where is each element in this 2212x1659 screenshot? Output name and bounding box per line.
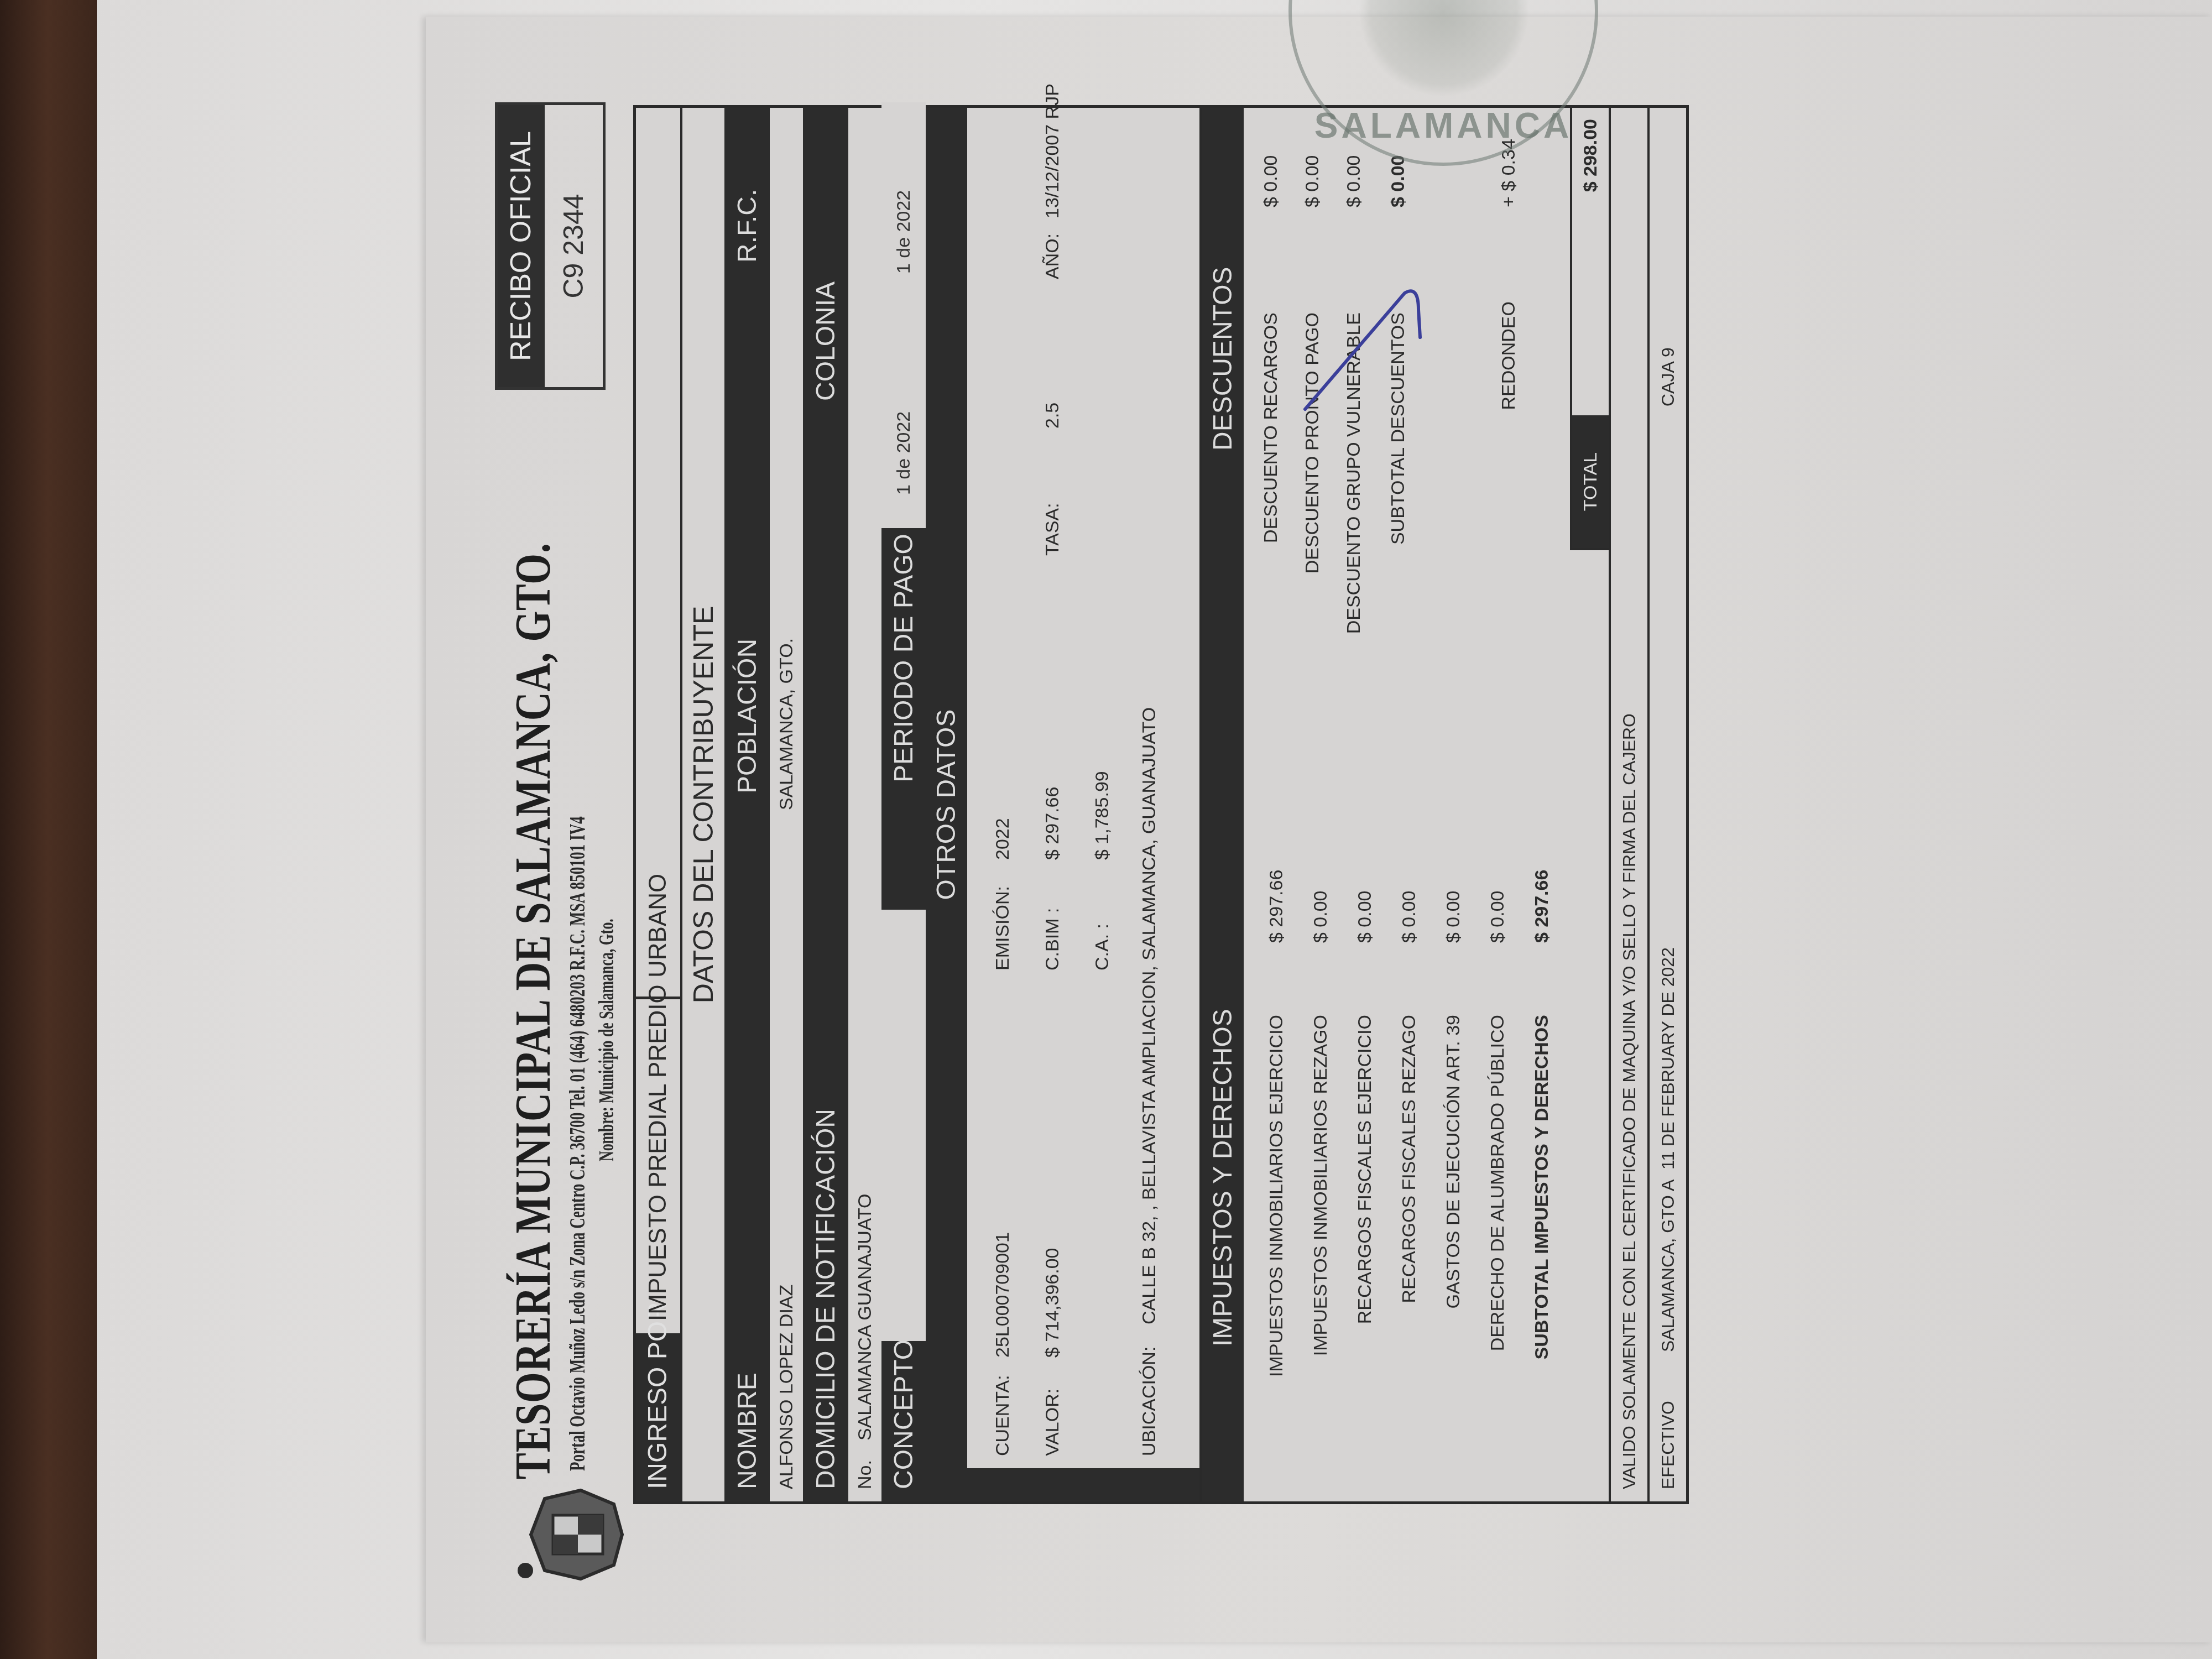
treasury-address: Portal Octavio Muñoz Ledo s/n Zona Centr…	[564, 816, 590, 1471]
official-receipt: TESORERÍA MUNICIPAL DE SALAMANCA, GTO. P…	[481, 88, 1432, 1593]
taxpayer-header-row: NOMBRE POBLACIÓN R.F.C.	[724, 108, 770, 1501]
taxes-discounts-header-row: IMPUESTOS Y DERECHOS DESCUENTOS	[1199, 108, 1244, 1501]
tax-item-label: GASTOS DE EJECUCIÓN ART. 39	[1443, 1015, 1464, 1309]
total-label: TOTAL	[1572, 415, 1609, 548]
treasury-title: TESORERÍA MUNICIPAL DE SALAMANCA, GTO.	[503, 542, 562, 1479]
payment-period-header: PERIODO DE PAGO	[889, 534, 919, 782]
municipality-name: Nombre: Municipio de Salamanca, Gto.	[594, 919, 619, 1161]
payment-date: 11 DE FEBRUARY DE 2022	[1658, 947, 1678, 1170]
cbim-label: C.BIM :	[1042, 908, 1063, 971]
official-receipt-label: RECIBO OFICIAL	[498, 105, 545, 387]
ca-label: C.A. :	[1092, 924, 1113, 971]
income-label: INGRESO POR	[636, 1333, 680, 1501]
tax-item-label: RECARGOS FISCALES EJERCICIO	[1354, 1015, 1376, 1324]
income-row: INGRESO POR IMPUESTO PREDIAL PREDIO URBA…	[636, 108, 680, 1501]
official-receipt-box: RECIBO OFICIAL C9 2344	[495, 102, 606, 390]
cashier-signature-icon	[1300, 254, 1443, 420]
payment-row: EFECTIVO SALAMANCA, GTO A 11 DE FEBRUARY…	[1647, 108, 1686, 1501]
taxpayer-values-row: ALFONSO LOPEZ DIAZ SALAMANCA, GTO.	[770, 108, 803, 1501]
address-header-row: DOMICILIO DE NOTIFICACIÓN COLONIA	[803, 108, 848, 1501]
property-value: $ 714,396.00	[1042, 1248, 1063, 1358]
rfc-header: R.F.C.	[732, 189, 763, 263]
tax-item-label: IMPUESTOS INMOBILIARIOS EJERCICIO	[1266, 1015, 1287, 1377]
year-label: AÑO:	[1042, 233, 1063, 279]
taxes-header: IMPUESTOS Y DERECHOS	[1208, 1009, 1238, 1347]
rate-label: TASA:	[1042, 503, 1063, 556]
tax-item-label: RECARGOS FISCALES REZAGO	[1399, 1015, 1420, 1303]
notification-address: SALAMANCA GUANAJUATO	[854, 1193, 876, 1441]
tax-item-amount: $ 0.00	[1487, 890, 1509, 943]
concept-header-row: CONCEPTO PERIODO DE PAGO 1 de 2022 1 de …	[881, 108, 926, 1501]
tax-item-amount: $ 0.00	[1310, 890, 1332, 943]
discount-item-amount: $ 0.00	[1343, 155, 1365, 207]
taxpayer-population: SALAMANCA, GTO.	[776, 638, 797, 810]
receipt-table: INGRESO POR IMPUESTO PREDIAL PREDIO URBA…	[633, 105, 1689, 1504]
concept-header: CONCEPTO	[889, 1339, 919, 1489]
emission-value: 2022	[992, 818, 1014, 860]
national-emblem-icon	[1358, 0, 1530, 97]
rounding-label: REDONDEO	[1498, 301, 1520, 410]
taxes-subtotal: $ 297.66	[1531, 870, 1553, 943]
address-number-label: No.	[854, 1460, 876, 1489]
discounts-subtotal: $ 0.00	[1387, 155, 1409, 207]
total-box: TOTAL $ 298.00	[1570, 108, 1609, 550]
validity-row: VALIDO SOLAMENTE CON EL CERTIFICADO DE M…	[1609, 108, 1647, 1501]
treasury-seal-stamp: TESORERÍA MUNICIPAL SALAMANCA	[1288, 0, 1598, 166]
cbim-value: $ 297.66	[1042, 787, 1063, 860]
tax-item-amount: $ 0.00	[1399, 890, 1420, 943]
income-value: IMPUESTO PREDIAL PREDIO URBANO	[636, 997, 680, 1333]
tax-item-amount: $ 0.00	[1443, 890, 1464, 943]
rate-value: 2.5	[1042, 403, 1063, 429]
receipt-folio: C9 2344	[545, 105, 603, 387]
stamp-bottom-text: SALAMANCA	[1292, 105, 1595, 146]
location-value: CALLE B 32, , BELLAVISTA AMPLIACION, SAL…	[1139, 707, 1160, 1324]
discount-item-amount: $ 0.00	[1260, 155, 1282, 207]
account-value: 25L000709001	[992, 1232, 1014, 1358]
tax-item-amount: $ 0.00	[1354, 890, 1376, 943]
municipal-crest-icon	[514, 1482, 625, 1587]
payment-method: EFECTIVO	[1658, 1401, 1678, 1489]
address-values-row: No. SALAMANCA GUANAJUATO	[848, 108, 881, 1501]
period-to: 1 de 2022	[893, 190, 915, 274]
year-value: 13/12/2007 RJP	[1042, 84, 1063, 218]
taxes-subtotal-label: SUBTOTAL IMPUESTOS Y DERECHOS	[1531, 1015, 1553, 1359]
value-label: VALOR:	[1042, 1389, 1063, 1456]
wooden-table-surface	[0, 0, 105, 1659]
other-data-title: OTROS DATOS	[931, 709, 962, 900]
taxpayer-name: ALFONSO LOPEZ DIAZ	[776, 1285, 797, 1489]
discount-item-amount: $ 0.00	[1302, 155, 1323, 207]
tax-item-label: IMPUESTOS INMOBILIARIOS REZAGO	[1310, 1015, 1332, 1356]
location-label: UBICACIÓN:	[1139, 1347, 1160, 1456]
name-header: NOMBRE	[732, 1373, 763, 1489]
taxpayer-section-title: DATOS DEL CONTRIBUYENTE	[680, 108, 724, 1501]
ca-value: $ 1,785.99	[1092, 771, 1113, 860]
taxpayer-title: DATOS DEL CONTRIBUYENTE	[687, 606, 719, 1004]
discounts-header: DESCUENTOS	[1208, 267, 1238, 451]
other-data-block: CUENTA: 25L000709001 EMISIÓN: 2022 VALOR…	[967, 108, 1199, 1501]
validity-notice: VALIDO SOLAMENTE CON EL CERTIFICADO DE M…	[1619, 713, 1640, 1489]
account-label: CUENTA:	[992, 1375, 1014, 1456]
tax-item-amount: $ 297.66	[1266, 870, 1287, 943]
discount-item-label: DESCUENTO RECARGOS	[1260, 312, 1282, 543]
notification-address-header: DOMICILIO DE NOTIFICACIÓN	[811, 1109, 841, 1489]
receipt-header: TESORERÍA MUNICIPAL DE SALAMANCA, GTO. P…	[481, 88, 625, 1593]
cash-register: CAJA 9	[1658, 347, 1678, 406]
period-from: 1 de 2022	[893, 411, 915, 495]
population-header: POBLACIÓN	[732, 639, 763, 794]
payment-place: SALAMANCA, GTO A	[1658, 1180, 1678, 1352]
tax-item-label: DERECHO DE ALUMBRADO PÚBLICO	[1487, 1015, 1509, 1351]
emission-label: EMISIÓN:	[992, 886, 1014, 971]
concept-value	[881, 910, 926, 1341]
other-data-header: OTROS DATOS	[926, 108, 967, 1501]
colonia-header: COLONIA	[811, 281, 841, 401]
